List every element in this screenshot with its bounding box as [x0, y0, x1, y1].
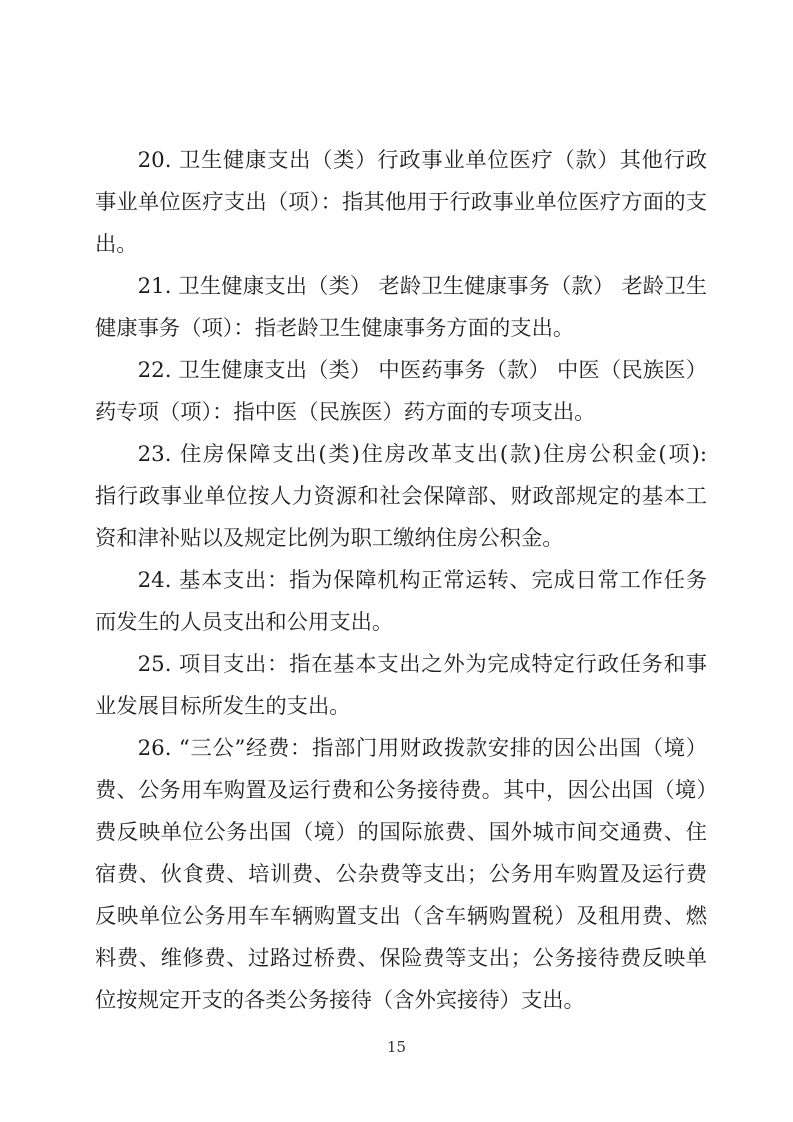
paragraph-item-20: 20. 卫生健康支出（类）行政事业单位医疗（款）其他行政事业单位医疗支出（项）：… [95, 140, 707, 266]
paragraph-item-22: 22. 卫生健康支出（类） 中医药事务（款） 中医（民族医）药专项（项）：指中医… [95, 350, 707, 434]
paragraph-item-25: 25. 项目支出：指在基本支出之外为完成特定行政任务和事业发展目标所发生的支出。 [95, 644, 707, 728]
paragraph-item-24: 24. 基本支出：指为保障机构正常运转、完成日常工作任务而发生的人员支出和公用支… [95, 560, 707, 644]
document-page: 20. 卫生健康支出（类）行政事业单位医疗（款）其他行政事业单位医疗支出（项）：… [0, 0, 793, 1122]
paragraph-item-23-heading: 23. 住房保障支出(类)住房改革支出(款)住房公积金(项): [95, 434, 707, 476]
paragraph-item-26: 26. “三公”经费：指部门用财政拨款安排的因公出国（境）费、公务用车购置及运行… [95, 728, 707, 1022]
paragraph-item-23: 23. 住房保障支出(类)住房改革支出(款)住房公积金(项): 指行政事业单位按… [95, 434, 707, 560]
document-body: 20. 卫生健康支出（类）行政事业单位医疗（款）其他行政事业单位医疗支出（项）：… [95, 140, 707, 1022]
paragraph-item-21: 21. 卫生健康支出（类） 老龄卫生健康事务（款） 老龄卫生健康事务（项）：指老… [95, 266, 707, 350]
paragraph-item-23-body: 指行政事业单位按人力资源和社会保障部、财政部规定的基本工资和津补贴以及规定比例为… [95, 476, 707, 560]
page-footer: 15 [0, 1036, 793, 1058]
page-number: 15 [387, 1038, 406, 1056]
